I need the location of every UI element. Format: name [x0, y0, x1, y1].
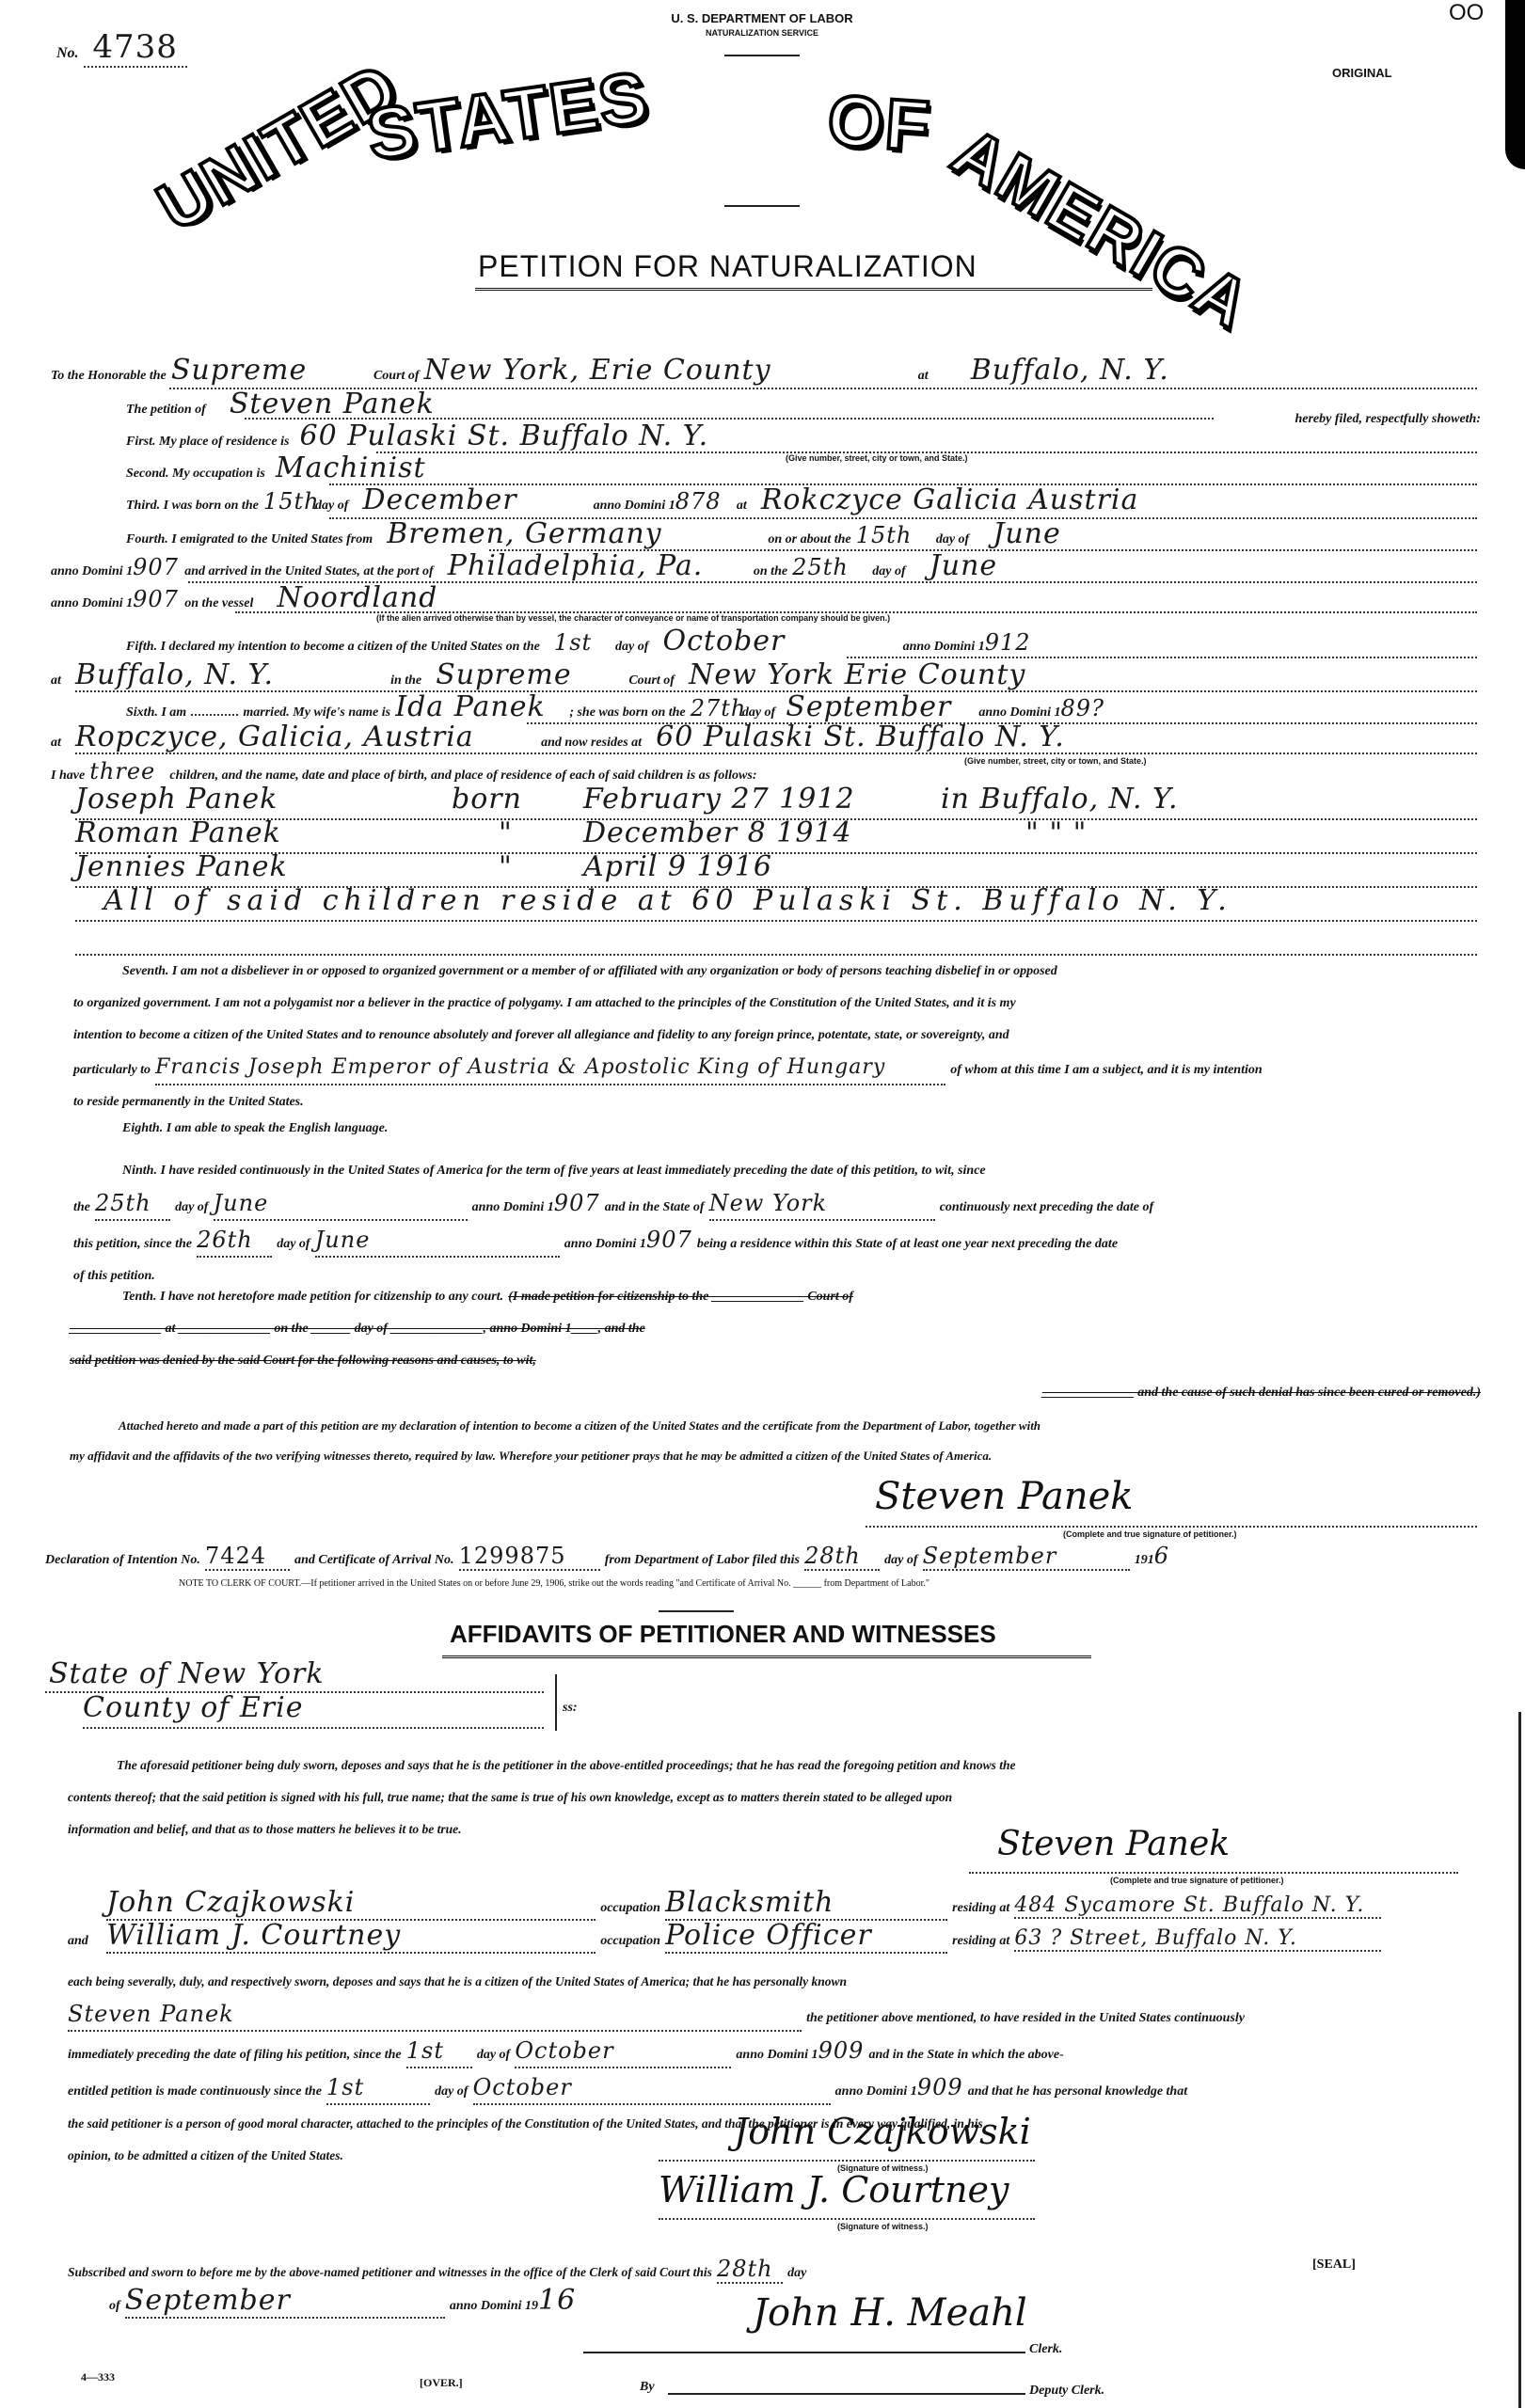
arrival-port-field[interactable]: Philadelphia, Pa. — [448, 549, 749, 582]
declaration-court-field[interactable]: Supreme — [436, 658, 624, 691]
intention-no-label: Declaration of Intention No. — [45, 1553, 200, 1567]
anno-label: anno Domini 1 — [51, 596, 133, 610]
child-name[interactable]: Joseph Panek — [75, 783, 278, 816]
emigrated-label: Fourth. I emigrated to the United States… — [126, 532, 373, 547]
witness-affidavit-line-2: Steven Panek the petitioner above mentio… — [68, 1998, 1479, 2035]
court-of-field[interactable]: New York, Erie County — [424, 354, 913, 387]
ss-label: ss: — [563, 1701, 578, 1716]
clerk-label: Clerk. — [1029, 2342, 1062, 2357]
arc-word-of: OF — [825, 79, 933, 167]
seventh-clause: Seventh. I am not a disbeliever in or op… — [73, 956, 1475, 1118]
residence-state-field[interactable]: New York — [709, 1187, 935, 1221]
children-list: Joseph Panek born February 27 1912 in Bu… — [75, 786, 1477, 956]
born-label: Third. I was born on the — [126, 499, 259, 513]
residence-caption: (Give number, street, city or town, and … — [786, 453, 968, 463]
intention-no-field[interactable]: 7424 — [205, 1543, 290, 1571]
deputy-by-label: By — [640, 2380, 655, 2395]
ninth-line-2-tail: continuously next preceding the date of — [940, 1200, 1154, 1214]
wife-born-label: ; she was born on the — [569, 705, 685, 720]
witness-signature-rule — [659, 2218, 1035, 2220]
court-line-label: To the Honorable the — [51, 369, 167, 383]
tenth-struck-4: ______________ and the cause of such den… — [70, 1377, 1481, 1409]
dayof-label: day of — [435, 2084, 468, 2099]
corner-mark: OO — [1449, 0, 1484, 26]
children-intro-label: children, and the name, date and place o… — [169, 768, 756, 783]
vessel-label: on the vessel — [184, 596, 253, 610]
child-birthdate[interactable]: April 9 1916 — [583, 850, 772, 883]
residence-field[interactable]: 60 Pulaski St. Buffalo N. Y. — [300, 420, 1053, 452]
witness-signature[interactable]: William J. Courtney — [659, 2169, 1009, 2210]
seventh-line-4-tail: of whom at this time I am a subject, and… — [950, 1063, 1262, 1077]
seal-label: [SEAL] — [1312, 2257, 1356, 2273]
affidavit-signature-rule — [969, 1872, 1458, 1874]
section-divider-1 — [659, 1610, 734, 1612]
known-state-year-field[interactable]: 909 — [917, 2074, 963, 2100]
eighth-clause: Eighth. I am able to speak the English l… — [122, 1121, 388, 1136]
particularly-label: particularly to — [73, 1063, 151, 1077]
second-occupation: Second. My occupation is Machinist — [126, 451, 652, 484]
form-number: 4—333 — [81, 2370, 115, 2384]
ninth-line-3-tail: being a residence within this State of a… — [697, 1237, 1118, 1251]
child-born: " — [499, 850, 513, 883]
affidavits-title: AFFIDAVITS OF PETITIONER AND WITNESSES — [450, 1620, 996, 1649]
tenth-label: Tenth. I have not heretofore made petiti… — [70, 1290, 503, 1304]
vessel-field[interactable]: Noordland — [277, 581, 559, 614]
seventh-line-1: Seventh. I am not a disbeliever in or op… — [73, 956, 1475, 988]
petition-number-label: No. — [56, 45, 79, 61]
birth-month-field[interactable]: December — [363, 483, 589, 516]
seventh-line-3: intention to become a citizen of the Uni… — [73, 1020, 1475, 1052]
since-label: entitled petition is made continuously s… — [68, 2084, 322, 2099]
jurat-month-field[interactable]: September — [125, 2284, 445, 2319]
over-label: [OVER.] — [420, 2376, 463, 2390]
witness-affidavit-line-3-tail: and in the State in which the above- — [868, 2048, 1063, 2062]
affidavit-line-1: The aforesaid petitioner being duly swor… — [68, 1750, 1479, 1782]
us-residence-month-field[interactable]: June — [214, 1187, 468, 1221]
clerk-signature-rule — [583, 2352, 1025, 2353]
witness-affidavit-line-2-tail: the petitioner above mentioned, to have … — [806, 2011, 1245, 2025]
attached-line-2: my affidavit and the affidavits of the t… — [70, 1441, 1481, 1471]
us-residence-day-field[interactable]: 25th — [95, 1187, 170, 1221]
court-name-field[interactable]: Supreme — [171, 354, 312, 387]
filed-month-field[interactable]: September — [923, 1543, 1130, 1571]
jurat-line-2: of September anno Domini 1916 — [109, 2284, 576, 2319]
affidavits-title-underline — [442, 1655, 1091, 1658]
residence-label: First. My place of residence is — [126, 435, 289, 449]
petition-number: No. 4738 — [56, 28, 187, 68]
arrived-label: and arrived in the United States, at the… — [184, 564, 433, 578]
anno-label: anno Domini 1 — [472, 1200, 554, 1214]
tenth-struck-3: said petition was denied by the said Cou… — [70, 1345, 1481, 1377]
child-row: Roman Panek " December 8 1914 " " " — [75, 820, 1477, 854]
on-the-label: on the — [754, 564, 787, 578]
i-am-label: Sixth. I am — [126, 705, 186, 720]
third-birth: Third. I was born on the 15th day of Dec… — [126, 483, 1481, 516]
occupation-label: occupation — [600, 1934, 660, 1948]
declaration-year-field[interactable]: 912 — [985, 629, 1031, 656]
child-birthplace[interactable]: in Buffalo, N. Y. — [941, 783, 1179, 816]
arrival-day-field[interactable]: 25th — [792, 554, 867, 580]
wife-birth-day-field[interactable]: 27th — [691, 695, 738, 721]
petitioner-name-field[interactable]: Steven Panek — [230, 388, 719, 420]
witness-affidavit-line-3: immediately preceding the date of filing… — [68, 2035, 1479, 2071]
witness-residence-field[interactable]: 484 Sycamore St. Buffalo N. Y. — [1014, 1893, 1381, 1919]
since-label: this petition, since the — [73, 1237, 192, 1251]
witness-row: and William J. Courtney occupation Polic… — [68, 1919, 1488, 1954]
child-row: Jennies Panek " April 9 1916 — [75, 854, 1477, 888]
sovereign-field[interactable]: Francis Joseph Emperor of Austria & Apos… — [155, 1052, 945, 1085]
arc-word-america: AMERICA — [940, 113, 1263, 344]
wife-name-field[interactable]: Ida Panek — [395, 690, 564, 723]
court-of-label: Court of — [628, 673, 675, 688]
at-label: at — [737, 499, 747, 513]
witness-residence-field[interactable]: 63 ? Street, Buffalo N. Y. — [1014, 1926, 1381, 1952]
occupation-label: occupation — [600, 1901, 660, 1915]
tenth-line-1: Tenth. I have not heretofore made petiti… — [70, 1279, 1481, 1313]
child-birthplace[interactable]: " " " — [1025, 816, 1087, 849]
attached-clause: Attached hereto and made a part of this … — [70, 1411, 1481, 1471]
witness-occupation-field[interactable]: Police Officer — [665, 1919, 947, 1954]
clerk-signature[interactable]: John H. Meahl — [753, 2291, 1027, 2335]
arrival-line: anno Domini 1907 and arrived in the Unit… — [51, 549, 1481, 582]
dayof-label: day of — [315, 499, 348, 513]
ninth-line-1: Ninth. I have resided continuously in th… — [73, 1155, 1475, 1187]
court-line: To the Honorable the Supreme Court of Ne… — [51, 354, 1471, 387]
known-state-month-field[interactable]: October — [473, 2071, 831, 2105]
deputy-clerk-label: Deputy Clerk. — [1029, 2384, 1104, 2399]
children-blank-row — [75, 922, 1477, 956]
court-of-label: Court of — [373, 369, 420, 383]
dayof-label: day of — [884, 1553, 917, 1567]
dayof-label: day of — [175, 1200, 208, 1214]
ninth-line-2: the 25th day of June anno Domini 1907 an… — [73, 1187, 1475, 1224]
witness-signature-rule — [659, 2160, 1035, 2162]
header-rule-2 — [724, 205, 800, 207]
tenth-struck-2: ______________ at ______________ on the … — [70, 1313, 1481, 1345]
fourth-emigration: Fourth. I emigrated to the United States… — [126, 517, 1481, 550]
at-label: at — [51, 673, 61, 688]
residing-label: residing at — [952, 1934, 1009, 1948]
witness-affidavit-line-4-tail: and that he has personal knowledge that — [968, 2084, 1187, 2099]
declaration-day-field[interactable]: 1st — [554, 629, 611, 656]
child-birthdate[interactable]: February 27 1912 — [583, 783, 855, 816]
witness-occupation-field[interactable]: Blacksmith — [665, 1886, 947, 1921]
child-row: Joseph Panek born February 27 1912 in Bu… — [75, 786, 1477, 820]
birthplace-field[interactable]: Rokczyce Galicia Austria — [761, 483, 1288, 516]
witness-signature-caption: (Signature of witness.) — [837, 2222, 929, 2231]
known-us-day-field[interactable]: 1st — [406, 2035, 472, 2068]
since-label: immediately preceding the date of filing… — [68, 2048, 402, 2062]
wife-birth-year-field[interactable]: 89? — [1061, 695, 1104, 721]
header-rule-1 — [724, 55, 800, 56]
jurat-text: Subscribed and sworn to before me by the… — [68, 2265, 712, 2279]
jurat-year-field[interactable]: 16 — [538, 2284, 576, 2317]
petitioner-signature-caption: (Complete and true signature of petition… — [1063, 1529, 1237, 1539]
anno-label: anno Domini 1 — [903, 640, 985, 654]
witness-prefix: and — [68, 1934, 102, 1949]
birth-year-field[interactable]: 878 — [675, 488, 732, 515]
birth-day-field[interactable]: 15th — [263, 488, 310, 515]
child-name[interactable]: Jennies Panek — [75, 850, 288, 883]
affidavit-signature-caption: (Complete and true signature of petition… — [1110, 1876, 1284, 1885]
state-residence-day-field[interactable]: 26th — [197, 1224, 272, 1258]
declared-label: Fifth. I declared my intention to become… — [126, 640, 540, 654]
copy-type-label: ORIGINAL — [1332, 66, 1392, 80]
anno-label: anno Domini 1 — [978, 705, 1060, 720]
resides-at-label: and now resides at — [541, 736, 642, 750]
anno-label: anno Domini 1 — [594, 499, 675, 513]
first-residence: First. My place of residence is 60 Pulas… — [126, 420, 1481, 452]
child-born: born — [452, 783, 522, 816]
the-label: the — [73, 1200, 90, 1214]
anno-label: anno Domini 1 — [835, 2084, 917, 2099]
i-have-label: I have — [51, 768, 85, 783]
declaration-court-of-field[interactable]: New York Erie County — [689, 658, 1159, 691]
witness-affidavit-line-4: entitled petition is made continuously s… — [68, 2071, 1479, 2108]
anno-label: anno Domini 19 — [450, 2299, 538, 2313]
document-title: PETITION FOR NATURALIZATION — [478, 249, 977, 284]
service-name: NATURALIZATION SERVICE — [564, 28, 960, 38]
seventh-line-5: to reside permanently in the United Stat… — [73, 1086, 1475, 1118]
declaration-place-field[interactable]: Buffalo, N. Y. — [75, 658, 386, 691]
fifth-declaration: Fifth. I declared my intention to become… — [126, 625, 1481, 657]
filed-label: from Department of Labor filed this — [605, 1553, 800, 1567]
arc-word-states: STATES — [362, 56, 654, 177]
year-prefix-label: 191 — [1135, 1553, 1154, 1567]
tenth-struck-1: (I made petition for citizenship to the … — [508, 1290, 853, 1304]
dayof-label: day of — [615, 640, 648, 654]
filed-year-field[interactable]: 6 — [1154, 1543, 1169, 1569]
wife-birthplace-rule — [75, 752, 1477, 754]
margin-shadow — [1505, 0, 1525, 169]
petitioner-line: The petition of Steven Panek hereby file… — [126, 388, 1481, 420]
scan-edge — [1518, 1712, 1521, 2408]
of-label: of — [109, 2299, 120, 2313]
child-birthdate[interactable]: December 8 1914 — [583, 816, 852, 849]
witness-name-field[interactable]: William J. Courtney — [106, 1919, 596, 1954]
ninth-clause: Ninth. I have resided continuously in th… — [73, 1155, 1475, 1292]
children-intro: I have three children, and the name, dat… — [51, 758, 1481, 784]
dayof-label: day of — [936, 532, 969, 547]
emigration-day-field[interactable]: 15th — [856, 522, 931, 548]
arrival-month-field[interactable]: June — [929, 549, 1061, 582]
seventh-line-2: to organized government. I am not a poly… — [73, 988, 1475, 1020]
jurat-day-field[interactable]: 28th — [717, 2256, 783, 2284]
wife-residence-field[interactable]: 60 Pulaski St. Buffalo N. Y. — [656, 721, 1183, 753]
petitioner-label: The petition of — [126, 403, 206, 417]
dayof-label: day of — [277, 1237, 310, 1251]
witness-affidavit-line-1: each being severally, duly, and respecti… — [68, 1966, 1479, 1998]
residing-label: residing at — [952, 1901, 1009, 1915]
tenth-clause: Tenth. I have not heretofore made petiti… — [70, 1279, 1481, 1409]
declaration-place-line: at Buffalo, N. Y. in the Supreme Court o… — [51, 658, 1481, 691]
state-residence-year-field[interactable]: 907 — [646, 1227, 692, 1253]
deputy-clerk-rule — [668, 2393, 1025, 2395]
children-count-field[interactable]: three — [89, 758, 165, 784]
witness-row: John Czajkowski occupation Blacksmith re… — [68, 1886, 1488, 1921]
children-residence[interactable]: All of said children reside at 60 Pulask… — [103, 884, 1232, 917]
department-name: U. S. DEPARTMENT OF LABOR — [564, 11, 960, 25]
declaration-month-field[interactable]: October — [663, 625, 898, 657]
emigrated-from-field[interactable]: Bremen, Germany — [387, 517, 763, 550]
petitioner-affidavit: The aforesaid petitioner being duly swor… — [68, 1750, 1479, 1846]
vessel-caption: (If the alien arrived otherwise than by … — [376, 613, 890, 623]
declaration-line: Declaration of Intention No. 7424 and Ce… — [45, 1543, 1485, 1571]
emigration-month-field[interactable]: June — [993, 517, 1124, 550]
petition-number-value: 4738 — [84, 28, 187, 68]
affidavit-line-2: contents thereof; that the said petition… — [68, 1782, 1479, 1814]
petitioner-signature-rule — [866, 1526, 1477, 1528]
dayof-label: day of — [477, 2048, 510, 2062]
wife-birthplace-line: at Ropczyce, Galicia, Austria and now re… — [51, 721, 1481, 753]
in-the-label: in the — [390, 673, 421, 688]
ninth-line-3: this petition, since the 26th day of Jun… — [73, 1224, 1475, 1260]
known-petitioner-field[interactable]: Steven Panek — [68, 1998, 802, 2032]
witness-signature[interactable]: John Czajkowski — [734, 2111, 1031, 2152]
known-us-month-field[interactable]: October — [515, 2035, 731, 2068]
wife-birthplace-field[interactable]: Ropczyce, Galicia, Austria — [75, 721, 536, 753]
venue-county-rule — [83, 1727, 544, 1729]
child-name[interactable]: Roman Panek — [75, 816, 281, 849]
at-label: at — [51, 736, 61, 750]
us-residence-year-field[interactable]: 907 — [554, 1190, 600, 1216]
emigration-year-field[interactable]: 907 — [133, 554, 180, 580]
affidavit-petitioner-signature[interactable]: Steven Panek — [997, 1825, 1230, 1863]
day-label: day — [787, 2266, 806, 2280]
witness-name-field[interactable]: John Czajkowski — [106, 1886, 596, 1921]
title-underline — [475, 288, 1152, 291]
dayof-label: day of — [872, 564, 905, 578]
jurat-line-1: Subscribed and sworn to before me by the… — [68, 2256, 1121, 2284]
child-born: " — [499, 816, 513, 849]
anno-label: anno Domini 1 — [736, 2048, 818, 2062]
known-us-year-field[interactable]: 909 — [818, 2037, 865, 2064]
wife-birth-month-field[interactable]: September — [786, 690, 974, 723]
arrival-year-field[interactable]: 907 — [133, 586, 180, 612]
court-place-field[interactable]: Buffalo, N. Y. — [971, 354, 1215, 387]
dayof-label: day of — [742, 705, 775, 720]
venue-state[interactable]: State of New York — [49, 1657, 325, 1690]
vessel-line: anno Domini 1907 on the vessel Noordland — [51, 581, 1481, 614]
children-residence-row: All of said children reside at 60 Pulask… — [75, 888, 1477, 922]
arrival-no-label: and Certificate of Arrival No. — [294, 1553, 453, 1567]
petitioner-signature[interactable]: Steven Panek — [875, 1475, 1134, 1518]
state-label: and in the State of — [605, 1200, 705, 1214]
sixth-marriage: Sixth. I am married. My wife's name is I… — [126, 690, 1481, 723]
clerk-note: NOTE TO CLERK OF COURT.—If petitioner ar… — [179, 1578, 929, 1589]
occupation-label: Second. My occupation is — [126, 467, 265, 481]
at-label: at — [918, 369, 929, 383]
anno-label: anno Domini 1 — [564, 1237, 646, 1251]
anno-label: anno Domini 1 — [51, 564, 133, 578]
wife-name-label: married. My wife's name is — [243, 705, 390, 720]
affidavit-line-3: information and belief, and that as to t… — [68, 1814, 1479, 1846]
seventh-line-4: particularly to Francis Joseph Emperor o… — [73, 1052, 1475, 1086]
venue-bracket — [546, 1674, 557, 1731]
on-about-label: on or about the — [768, 532, 850, 547]
state-residence-month-field[interactable]: June — [315, 1224, 560, 1258]
filed-day-field[interactable]: 28th — [804, 1543, 880, 1571]
venue-county[interactable]: County of Erie — [83, 1691, 304, 1724]
occupation-field[interactable]: Machinist — [276, 451, 652, 484]
arrival-no-field[interactable]: 1299875 — [459, 1543, 600, 1571]
attached-line-1: Attached hereto and made a part of this … — [70, 1411, 1481, 1441]
known-state-day-field[interactable]: 1st — [326, 2071, 430, 2105]
